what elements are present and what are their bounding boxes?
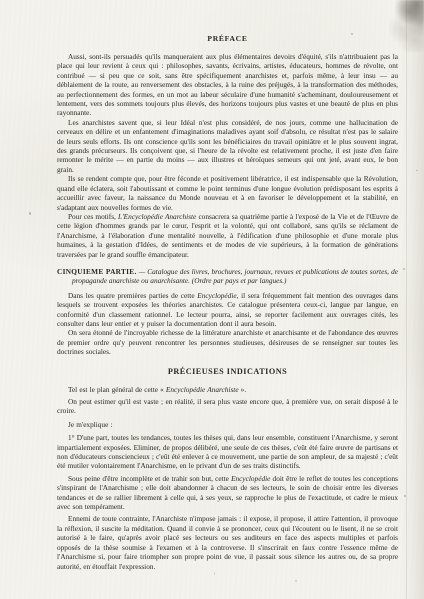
paragraph-ennemi-contrainte: Ennemi de toute contrainte, l'Anarchiste… [57, 514, 398, 570]
paragraph-catalogue-mention: Dans les quatre premières parties de cet… [57, 291, 398, 329]
text-segment: ». [239, 385, 247, 394]
paragraph-plan-general: Tel est le plan général de cette « Encyc… [57, 385, 398, 394]
paragraph-sous-peine: Sous peine d'être incomplète et de trahi… [57, 474, 398, 512]
paragraph-revolution-evolution: Ils se rendent compte que, pour être féc… [57, 174, 398, 212]
text-segment: Dans les quatre premières parties de cet… [68, 291, 197, 300]
paragraph-quatrieme-partie: Pour ces motifs, L'Encyclopédie Anarchis… [57, 212, 398, 259]
page-edge-shadow [400, 0, 424, 599]
part-number-label: CINQUIEME PARTIE. [57, 267, 137, 276]
paragraph-anarchistes-savent: Les anarchistes savent que, si leur Idéa… [57, 118, 398, 174]
scan-speck [295, 580, 297, 582]
scan-speck [29, 212, 31, 215]
scan-speck [416, 170, 418, 171]
page-title: PRÉFACE [57, 34, 398, 43]
paragraph-devoirs-equite: Aussi, sont-ils persuadés qu'ils manquer… [57, 52, 398, 118]
italic-work-title: Encyclopédie Anarchiste [166, 385, 239, 394]
page-text-block: PRÉFACE Aussi, sont-ils persuadés qu'ils… [57, 34, 398, 571]
scan-speck [214, 572, 215, 575]
paragraph-je-mexplique: Je m'explique : [57, 420, 398, 429]
scan-speck [403, 268, 405, 270]
scanned-page: PRÉFACE Aussi, sont-ils persuadés qu'ils… [0, 0, 424, 599]
page-edge-line [406, 0, 407, 599]
paragraph-premier-point: 1° D'une part, toutes les tendances, tou… [57, 433, 398, 471]
text-segment: Tel est le plan général de cette « [68, 385, 166, 394]
section-heading-precieuses-indications: PRÉCIEUSES INDICATIONS [57, 367, 398, 376]
paragraph-estimer-vaste: On peut estimer qu'il est vaste ; en réa… [57, 397, 398, 416]
text-segment: Pour ces motifs, [68, 212, 118, 221]
heading-cinquieme-partie: CINQUIEME PARTIE. — Catalogue des livres… [57, 267, 398, 286]
scan-speck [404, 495, 406, 497]
italic-work-title: L'Encyclopédie Anarchiste [118, 212, 196, 221]
italic-work-title: Encyclopédie [197, 291, 236, 300]
italic-work-title: Encyclopédie [231, 474, 270, 483]
text-segment: Sous peine d'être incomplète et de trahi… [68, 474, 231, 483]
paragraph-richesse-litterature: On sera étonné de l'incroyable richesse … [57, 328, 398, 356]
